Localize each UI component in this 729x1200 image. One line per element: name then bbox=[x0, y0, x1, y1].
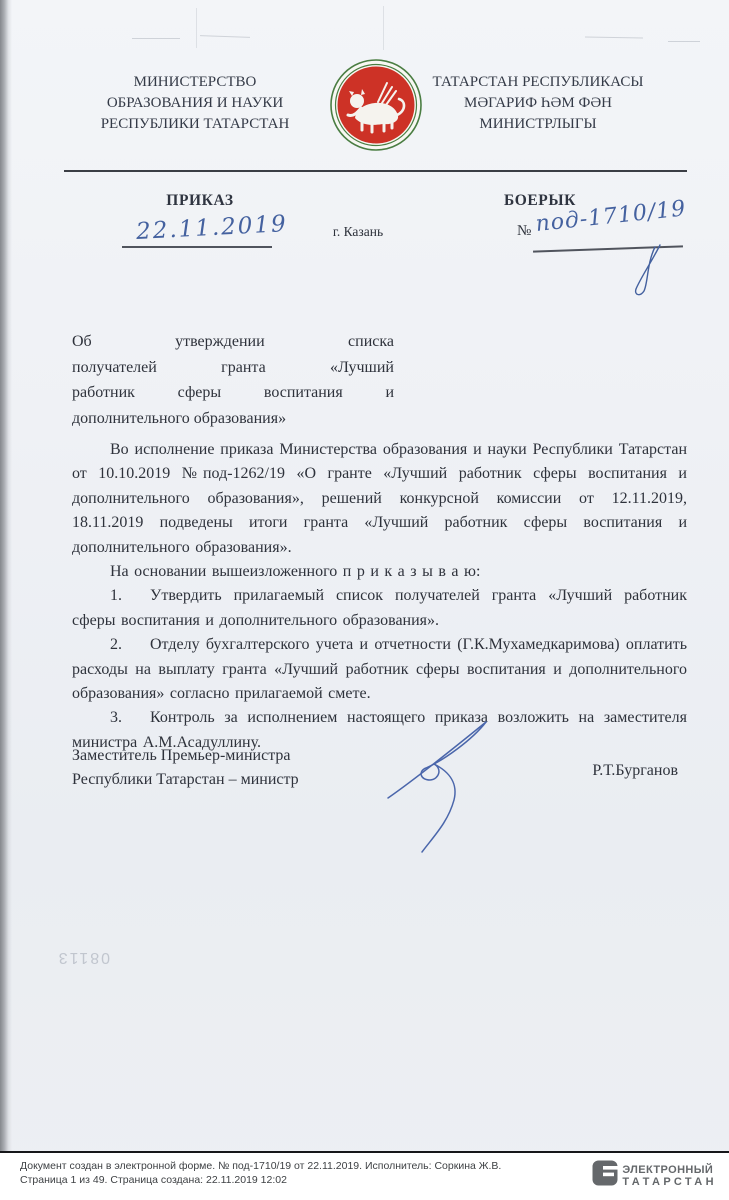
ministry-name-russian: МИНИСТЕРСТВО ОБРАЗОВАНИЯ И НАУКИ РЕСПУБЛ… bbox=[84, 72, 306, 135]
number-sign: № bbox=[517, 223, 531, 240]
electronic-tatarstan-logo-text: ЭЛЕКТРОННЫЙ ТАТАРСТАН bbox=[622, 1164, 717, 1188]
logo-word-electronic: ЭЛЕКТРОННЫЙ bbox=[622, 1164, 717, 1176]
header-divider bbox=[64, 170, 687, 172]
date-underline bbox=[122, 246, 272, 248]
scanned-order-page: МИНИСТЕРСТВО ОБРАЗОВАНИЯ И НАУКИ РЕСПУБЛ… bbox=[0, 0, 729, 1200]
pen-flourish bbox=[630, 243, 672, 298]
scan-artifact bbox=[668, 41, 700, 42]
scan-artifact bbox=[585, 36, 643, 38]
order-item: 1.Утвердить прилагаемый список получател… bbox=[72, 584, 687, 633]
order-body: Во исполнение приказа Министерства образ… bbox=[72, 438, 687, 755]
body-paragraph-preamble: Во исполнение приказа Министерства образ… bbox=[72, 438, 687, 560]
ministry-name-ru-line: РЕСПУБЛИКИ ТАТАРСТАН bbox=[84, 114, 306, 135]
bleed-through-stamp-number: 08113 bbox=[30, 948, 110, 966]
order-item-text: Утвердить прилагаемый список получателей… bbox=[72, 587, 687, 628]
ministry-name-tt-line: ТАТАРСТАН РЕСПУБЛИКАСЫ bbox=[404, 72, 672, 93]
order-item: 2.Отделу бухгалтерского учета и отчетнос… bbox=[72, 633, 687, 706]
ministry-name-tt-line: МИНИСТРЛЫГЫ bbox=[404, 114, 672, 135]
ministry-name-ru-line: ОБРАЗОВАНИЯ И НАУКИ bbox=[84, 93, 306, 114]
handwritten-signature bbox=[382, 706, 494, 856]
scan-artifact bbox=[132, 38, 180, 39]
order-item-number: 2. bbox=[110, 633, 122, 657]
scan-artifact bbox=[196, 8, 197, 48]
footer-document-info: Документ создан в электронной форме. № п… bbox=[20, 1160, 501, 1172]
body-paragraph-decree: На основании вышеизложенного п р и к а з… bbox=[72, 560, 687, 584]
order-title-ru: ПРИКАЗ bbox=[130, 192, 270, 210]
subject-line: получателей гранта «Лучший bbox=[72, 355, 394, 381]
signer-position: Заместитель Премьер-министра Республики … bbox=[72, 744, 299, 792]
signer-name: Р.Т.Бурганов bbox=[536, 762, 678, 780]
footer-page-info: Страница 1 из 49. Страница создана: 22.1… bbox=[20, 1174, 287, 1186]
order-item-number: 3. bbox=[110, 706, 122, 730]
scan-artifact bbox=[200, 35, 250, 38]
signer-position-line: Заместитель Премьер-министра bbox=[72, 744, 299, 768]
order-subject: Об утверждении списка получателей гранта… bbox=[72, 329, 394, 431]
scan-edge-shadow bbox=[0, 0, 12, 1152]
place-label: г. Казань bbox=[306, 224, 410, 240]
order-item-text: Отделу бухгалтерского учета и отчетности… bbox=[72, 636, 687, 702]
ministry-name-tt-line: МӘГАРИФ ҺӘМ ФӘН bbox=[404, 93, 672, 114]
ministry-name-ru-line: МИНИСТЕРСТВО bbox=[84, 72, 306, 93]
ministry-name-tatar: ТАТАРСТАН РЕСПУБЛИКАСЫ МӘГАРИФ ҺӘМ ФӘН М… bbox=[404, 72, 672, 135]
electronic-document-footer: Документ создан в электронной форме. № п… bbox=[0, 1153, 729, 1200]
logo-word-tatarstan: ТАТАРСТАН bbox=[622, 1176, 717, 1188]
handwritten-date: 22.11.2019 bbox=[135, 211, 288, 245]
signer-position-line: Республики Татарстан – министр bbox=[72, 768, 299, 792]
subject-line: дополнительного образования» bbox=[72, 406, 394, 432]
order-item-number: 1. bbox=[110, 584, 122, 608]
subject-line: работник сферы воспитания и bbox=[72, 380, 394, 406]
subject-line: Об утверждении списка bbox=[72, 329, 394, 355]
electronic-tatarstan-logo: ЭЛЕКТРОННЫЙ ТАТАРСТАН bbox=[592, 1160, 717, 1191]
scan-artifact bbox=[383, 6, 384, 50]
electronic-tatarstan-logo-icon bbox=[592, 1160, 618, 1191]
